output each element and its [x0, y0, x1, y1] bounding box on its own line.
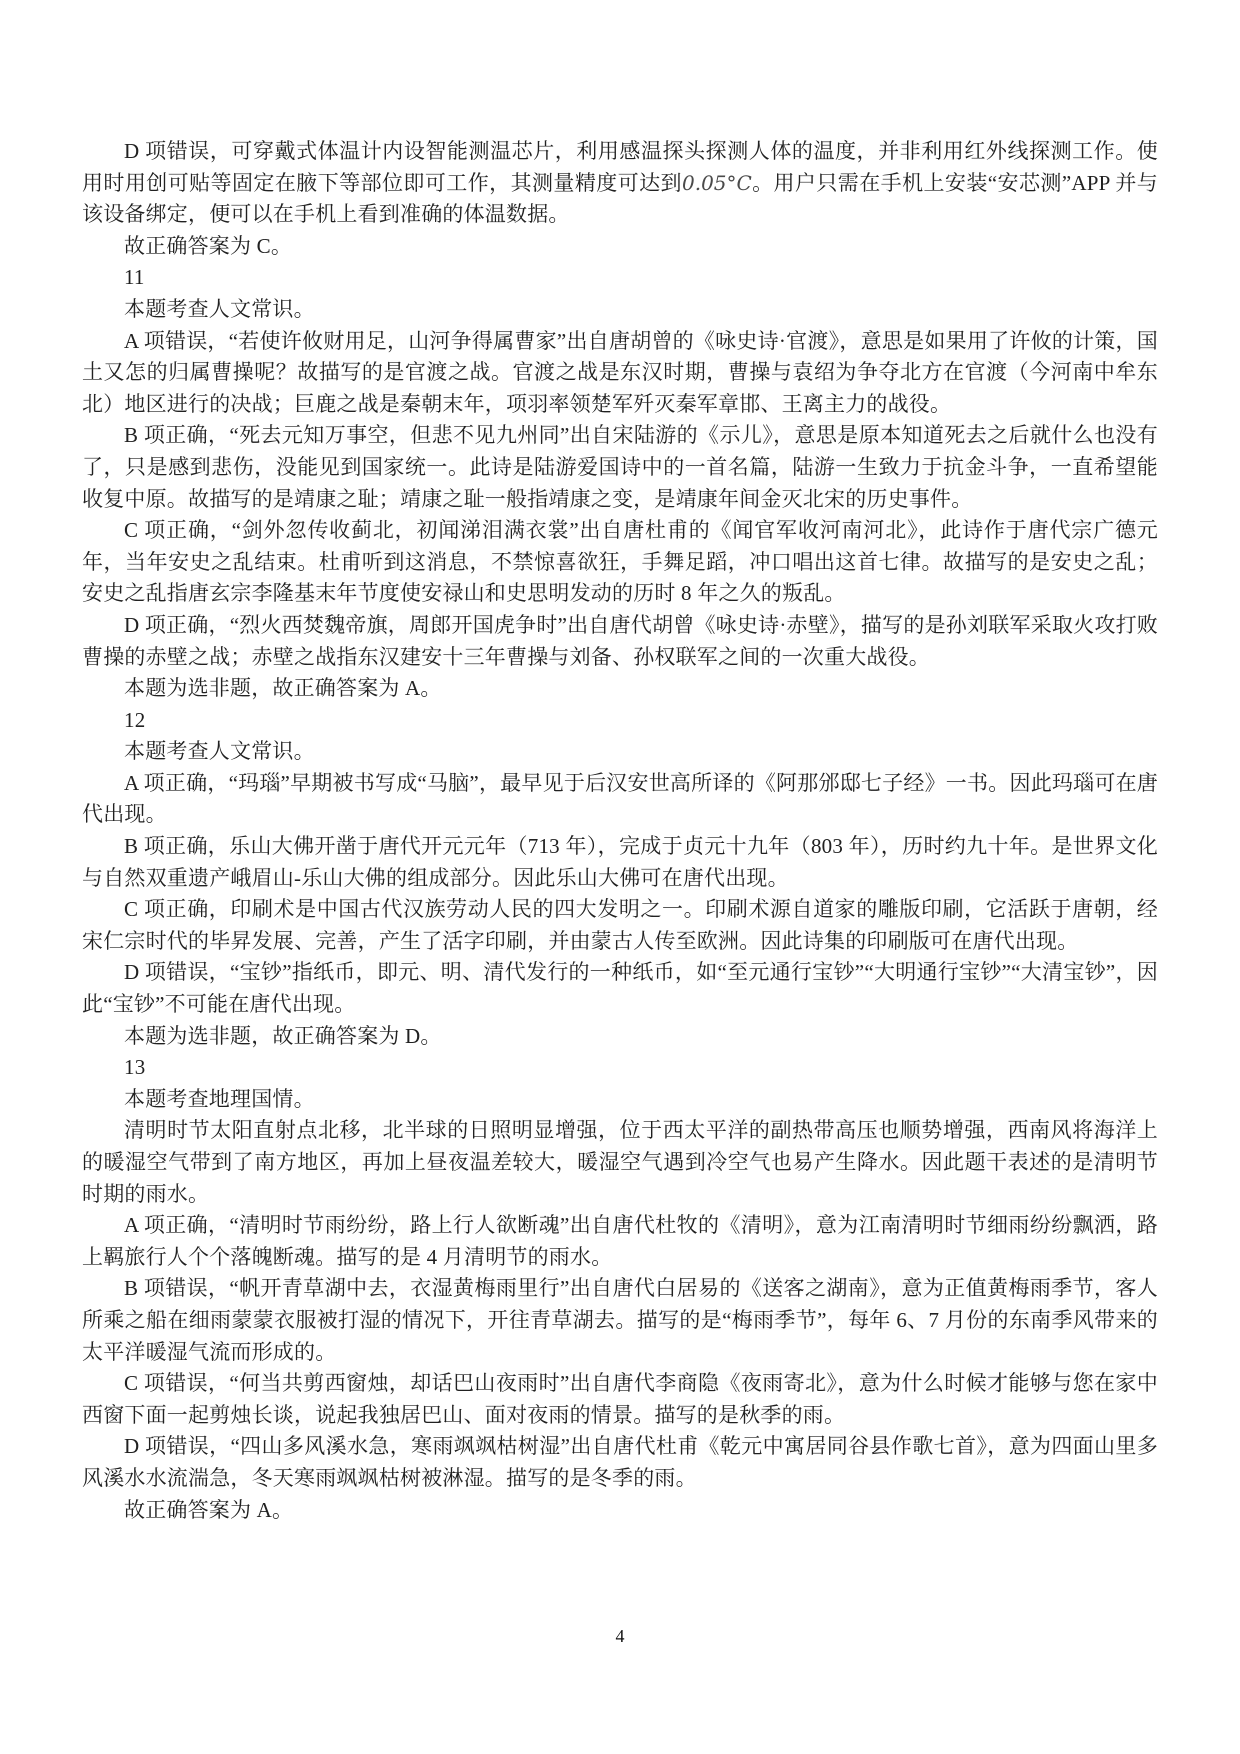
text-run: 11	[124, 265, 145, 289]
paragraph: B 项正确，“死去元知万事空，但悲不见九州同”出自宋陆游的《示儿》，意思是原本知…	[82, 420, 1158, 515]
text-run: D 项错误，“宝钞”指纸币，即元、明、清代发行的一种纸币，如“至元通行宝钞”“大…	[82, 960, 1158, 1016]
paragraph: A 项正确，“清明时节雨纷纷，路上行人欲断魂”出自唐代杜牧的《清明》，意为江南清…	[82, 1210, 1158, 1273]
text-run: B 项正确，“死去元知万事空，但悲不见九州同”出自宋陆游的《示儿》，意思是原本知…	[82, 423, 1158, 510]
paragraph: A 项正确，“玛瑙”早期被书写成“马脑”，最早见于后汉安世高所译的《阿那邠邸七子…	[82, 768, 1158, 831]
paragraph: 本题为选非题，故正确答案为 A。	[82, 673, 1158, 705]
text-run: 本题考查人文常识。	[124, 739, 315, 763]
paragraph: D 项正确，“烈火西焚魏帝旗，周郎开国虎争时”出自唐代胡曾《咏史诗·赤壁》，描写…	[82, 610, 1158, 673]
document-body: D 项错误，可穿戴式体温计内设智能测温芯片，利用感温探头探测人体的温度，并非利用…	[82, 136, 1158, 1526]
text-run: C 项正确，“剑外忽传收蓟北，初闻涕泪满衣裳”出自唐杜甫的《闻官军收河南河北》，…	[82, 518, 1158, 605]
paragraph: D 项错误，可穿戴式体温计内设智能测温芯片，利用感温探头探测人体的温度，并非利用…	[82, 136, 1158, 231]
paragraph: 13	[82, 1052, 1158, 1084]
paragraph: 故正确答案为 A。	[82, 1495, 1158, 1527]
text-run: 本题考查人文常识。	[124, 297, 315, 321]
paragraph: 本题考查地理国情。	[82, 1084, 1158, 1116]
text-run: 故正确答案为 A。	[124, 1498, 293, 1522]
text-run: B 项错误，“帆开青草湖中去，衣湿黄梅雨里行”出自唐代白居易的《送客之湖南》，意…	[82, 1276, 1158, 1363]
text-run: 清明时节太阳直射点北移，北半球的日照明显增强，位于西太平洋的副热带高压也顺势增强…	[82, 1118, 1158, 1205]
paragraph: 故正确答案为 C。	[82, 231, 1158, 263]
paragraph: C 项错误，“何当共剪西窗烛，却话巴山夜雨时”出自唐代李商隐《夜雨寄北》，意为什…	[82, 1368, 1158, 1431]
paragraph: 本题考查人文常识。	[82, 294, 1158, 326]
text-run: 12	[124, 708, 145, 732]
paragraph: C 项正确，“剑外忽传收蓟北，初闻涕泪满衣裳”出自唐杜甫的《闻官军收河南河北》，…	[82, 515, 1158, 610]
paragraph: B 项正确，乐山大佛开凿于唐代开元元年（713 年），完成于贞元十九年（803 …	[82, 831, 1158, 894]
paragraph: D 项错误，“宝钞”指纸币，即元、明、清代发行的一种纸币，如“至元通行宝钞”“大…	[82, 957, 1158, 1020]
text-run: 13	[124, 1055, 145, 1079]
text-run: C 项错误，“何当共剪西窗烛，却话巴山夜雨时”出自唐代李商隐《夜雨寄北》，意为什…	[82, 1371, 1158, 1427]
text-run: D 项错误，“四山多风溪水急，寒雨飒飒枯树湿”出自唐代杜甫《乾元中寓居同谷县作歌…	[82, 1434, 1158, 1490]
text-run: A 项正确，“玛瑙”早期被书写成“马脑”，最早见于后汉安世高所译的《阿那邠邸七子…	[82, 771, 1158, 827]
page-number: 4	[0, 1626, 1240, 1647]
text-run: 本题为选非题，故正确答案为 A。	[124, 676, 442, 700]
text-run: C 项正确，印刷术是中国古代汉族劳动人民的四大发明之一。印刷术源自道家的雕版印刷…	[82, 897, 1158, 953]
paragraph: B 项错误，“帆开青草湖中去，衣湿黄梅雨里行”出自唐代白居易的《送客之湖南》，意…	[82, 1273, 1158, 1368]
formula-value: 0.05°C	[682, 171, 752, 195]
text-run: A 项错误，“若使许攸财用足，山河争得属曹家”出自唐胡曾的《咏史诗·官渡》，意思…	[82, 329, 1158, 416]
text-run: 本题为选非题，故正确答案为 D。	[124, 1024, 442, 1048]
text-run: B 项正确，乐山大佛开凿于唐代开元元年（713 年），完成于贞元十九年（803 …	[82, 834, 1158, 890]
text-run: 本题考查地理国情。	[124, 1087, 315, 1111]
text-run: A 项正确，“清明时节雨纷纷，路上行人欲断魂”出自唐代杜牧的《清明》，意为江南清…	[82, 1213, 1158, 1269]
paragraph: C 项正确，印刷术是中国古代汉族劳动人民的四大发明之一。印刷术源自道家的雕版印刷…	[82, 894, 1158, 957]
paragraph: 清明时节太阳直射点北移，北半球的日照明显增强，位于西太平洋的副热带高压也顺势增强…	[82, 1115, 1158, 1210]
paragraph: 12	[82, 705, 1158, 737]
paragraph: 11	[82, 262, 1158, 294]
paragraph: A 项错误，“若使许攸财用足，山河争得属曹家”出自唐胡曾的《咏史诗·官渡》，意思…	[82, 326, 1158, 421]
text-run: D 项正确，“烈火西焚魏帝旗，周郎开国虎争时”出自唐代胡曾《咏史诗·赤壁》，描写…	[82, 613, 1158, 669]
document-page: D 项错误，可穿戴式体温计内设智能测温芯片，利用感温探头探测人体的温度，并非利用…	[0, 0, 1240, 1754]
paragraph: D 项错误，“四山多风溪水急，寒雨飒飒枯树湿”出自唐代杜甫《乾元中寓居同谷县作歌…	[82, 1431, 1158, 1494]
paragraph: 本题考查人文常识。	[82, 736, 1158, 768]
paragraph: 本题为选非题，故正确答案为 D。	[82, 1021, 1158, 1053]
text-run: 故正确答案为 C。	[124, 234, 292, 258]
